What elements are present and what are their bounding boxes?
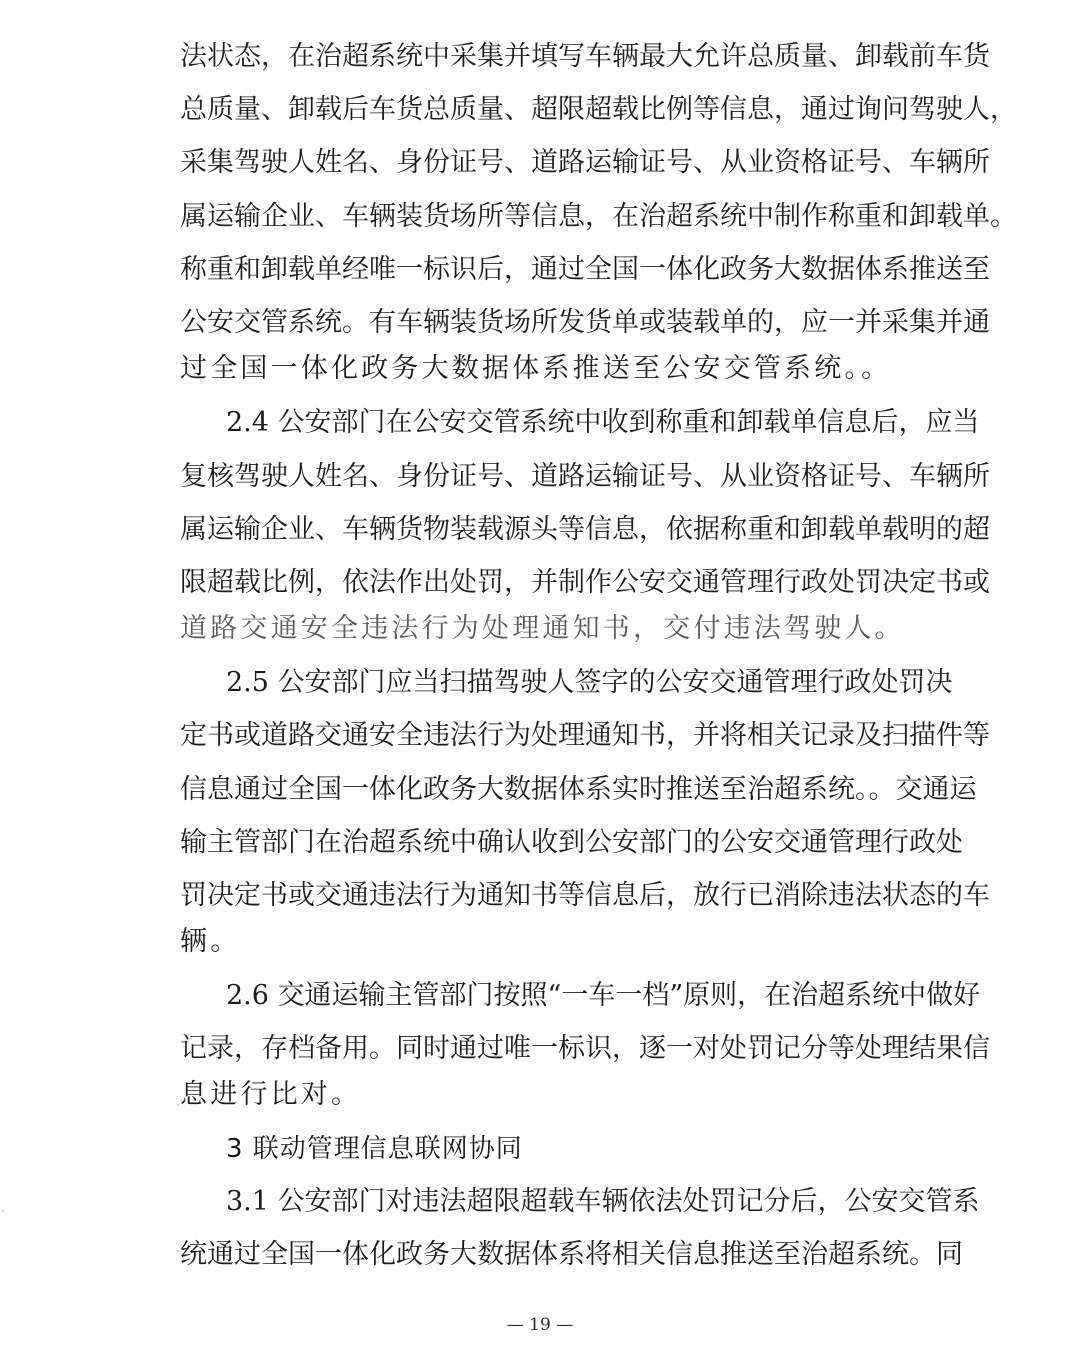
scan-artifact: [177, 1104, 179, 1106]
section-3-1-line: 3.1 公安部门对违法超限超载车辆依法处罚记分后，公安交管系: [226, 1182, 920, 1222]
paragraph-line: 称重和卸载单经唯一标识后，通过全国一体化政务大数据体系推送至: [180, 250, 920, 290]
section-2-5-line: 定书或道路交通安全违法行为处理通知书，并将相关记录及扫描件等: [180, 716, 920, 756]
paragraph-line: 总质量、卸载后车货总质量、超限超载比例等信息，通过询问驾驶人，: [180, 90, 920, 130]
paragraph-line: 法状态，在治超系统中采集并填写车辆最大允许总质量、卸载前车货: [180, 37, 920, 77]
section-2-6-line: 2.6 交通运输主管部门按照“一车一档”原则，在治超系统中做好: [226, 976, 920, 1016]
section-2-5-line: 输主管部门在治超系统中确认收到公安部门的公安交通管理行政处: [180, 823, 920, 863]
paragraph-line: 采集驾驶人姓名、身份证号、道路运输证号、从业资格证号、车辆所: [180, 143, 920, 183]
section-heading-3: 3 联动管理信息联网协同: [226, 1129, 523, 1169]
page-number: — 19 —: [0, 1315, 1080, 1335]
paragraph-line: 属运输企业、车辆装货场所等信息，在治超系统中制作称重和卸载单。: [180, 197, 920, 237]
scan-artifact: [177, 1250, 179, 1252]
section-2-5-line: 罚决定书或交通违法行为通知书等信息后，放行已消除违法状态的车: [180, 876, 920, 916]
section-2-4-line: 道路交通安全违法行为处理通知书，交付违法驾驶人。: [180, 609, 920, 649]
section-2-6-line: 息进行比对。: [180, 1075, 920, 1115]
section-2-4-line: 复核驾驶人姓名、身份证号、道路运输证号、从业资格证号、车辆所: [180, 457, 920, 497]
section-2-5-line: 2.5 公安部门应当扫描驾驶人签字的公安交通管理行政处罚决: [226, 663, 920, 703]
section-2-4-line: 限超载比例，依法作出处罚，并制作公安交通管理行政处罚决定书或: [180, 563, 920, 603]
paragraph-line: 公安交管系统。有车辆装货场所发货单或装载单的，应一并采集并通: [180, 303, 920, 343]
section-2-5-line: 信息通过全国一体化政务大数据体系实时推送至治超系统。。交通运: [180, 770, 920, 810]
document-page: 法状态，在治超系统中采集并填写车辆最大允许总质量、卸载前车货 总质量、卸载后车货…: [0, 0, 1080, 1346]
section-2-4-line: 属运输企业、车辆货物装载源头等信息，依据称重和卸载单载明的超: [180, 510, 920, 550]
section-2-4-line: 2.4 公安部门在公安交管系统中收到称重和卸载单信息后，应当: [226, 403, 920, 443]
section-2-6-line: 记录，存档备用。同时通过唯一标识，逐一对处罚记分等处理结果信: [180, 1029, 920, 1069]
scan-artifact: [2, 1210, 4, 1212]
section-2-5-line: 辆。: [180, 922, 920, 962]
paragraph-line: 过全国一体化政务大数据体系推送至公安交管系统。。: [180, 349, 920, 389]
section-3-1-line: 统通过全国一体化政务大数据体系将相关信息推送至治超系统。同: [180, 1235, 920, 1275]
